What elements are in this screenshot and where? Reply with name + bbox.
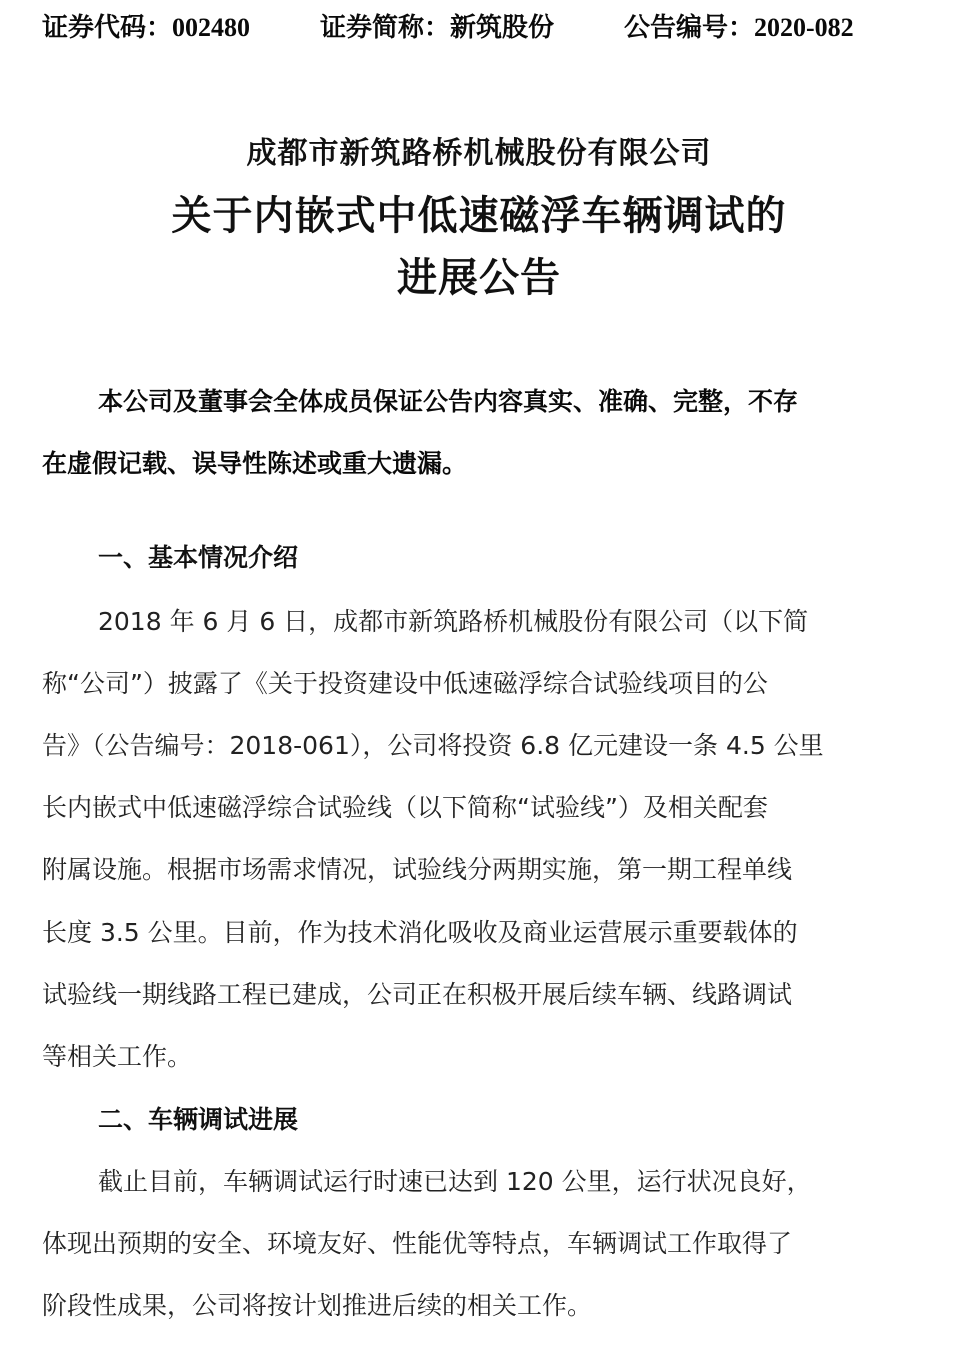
- stock-name-label: 证券简称：: [320, 13, 450, 43]
- statement-line: 在虚假记载、误导性陈述或重大遗漏。: [42, 444, 467, 484]
- stock-code-label: 证券代码：: [42, 13, 172, 43]
- body-line: 称“公司”）披露了《关于投资建设中低速磁浮综合试验线项目的公: [42, 664, 768, 704]
- company-name: 成都市新筑路桥机械股份有限公司: [0, 132, 958, 176]
- section-heading-vehicle-progress: 二、车辆调试进展: [98, 1100, 298, 1140]
- document-header: 证券代码：002480 证券简称：新筑股份 公告编号：2020-082: [0, 8, 958, 48]
- body-line: 等相关工作。: [42, 1037, 192, 1077]
- body-line: 体现出预期的安全、环境友好、性能优等特点，车辆调试工作取得了: [42, 1224, 792, 1264]
- body-line: 长内嵌式中低速磁浮综合试验线（以下简称“试验线”）及相关配套: [42, 788, 768, 828]
- stock-code: 证券代码：002480: [42, 8, 250, 48]
- page-title-line-2: 进展公告: [0, 248, 958, 308]
- announcement-number: 公告编号：2020-082: [624, 8, 854, 48]
- body-line: 试验线一期线路工程已建成，公司正在积极开展后续车辆、线路调试: [42, 975, 792, 1015]
- stock-code-value: 002480: [172, 13, 250, 42]
- stock-name-value: 新筑股份: [450, 13, 554, 43]
- announcement-number-label: 公告编号：: [624, 13, 754, 43]
- statement-line: 本公司及董事会全体成员保证公告内容真实、准确、完整，不存: [98, 382, 798, 422]
- announcement-number-value: 2020-082: [754, 13, 854, 42]
- body-line: 阶段性成果，公司将按计划推进后续的相关工作。: [42, 1286, 592, 1326]
- page-title-line-1: 关于内嵌式中低速磁浮车辆调试的: [0, 186, 958, 246]
- section-heading-basic-info: 一、基本情况介绍: [98, 538, 298, 578]
- body-line: 2018 年 6 月 6 日，成都市新筑路桥机械股份有限公司（以下简: [98, 602, 808, 642]
- body-line: 长度 3.5 公里。目前，作为技术消化吸收及商业运营展示重要载体的: [42, 913, 798, 953]
- body-line: 截止目前，车辆调试运行时速已达到 120 公里，运行状况良好，: [98, 1162, 812, 1202]
- body-line: 告》（公告编号：2018-061），公司将投资 6.8 亿元建设一条 4.5 公…: [42, 726, 824, 766]
- stock-name: 证券简称：新筑股份: [320, 8, 554, 48]
- body-line: 附属设施。根据市场需求情况，试验线分两期实施，第一期工程单线: [42, 850, 792, 890]
